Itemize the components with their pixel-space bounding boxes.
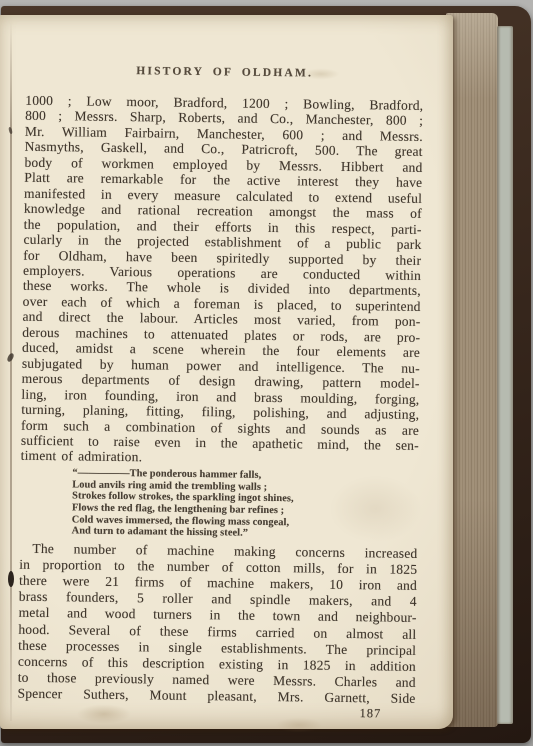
book-fore-edge-pages: [446, 13, 498, 727]
margin-mark: [6, 352, 15, 362]
photo-scene: HISTORY OF OLDHAM. 1000 ; Low moor, Brad…: [0, 0, 533, 746]
book-page: HISTORY OF OLDHAM. 1000 ; Low moor, Brad…: [0, 15, 453, 729]
running-header: HISTORY OF OLDHAM.: [26, 64, 424, 82]
book-endpaper-strip: [497, 26, 513, 724]
verse-quotation: “—————The ponderous hammer falls,Loud an…: [72, 467, 419, 542]
margin-mark: [8, 127, 13, 135]
paragraph-first: 1000 ; Low moor, Bradford, 1200 ; Bowlin…: [21, 93, 424, 469]
ink-blot: [8, 571, 14, 587]
paragraph-second: The number of machine making concerns in…: [17, 541, 417, 707]
page-text-block: HISTORY OF OLDHAM. 1000 ; Low moor, Brad…: [17, 49, 424, 722]
